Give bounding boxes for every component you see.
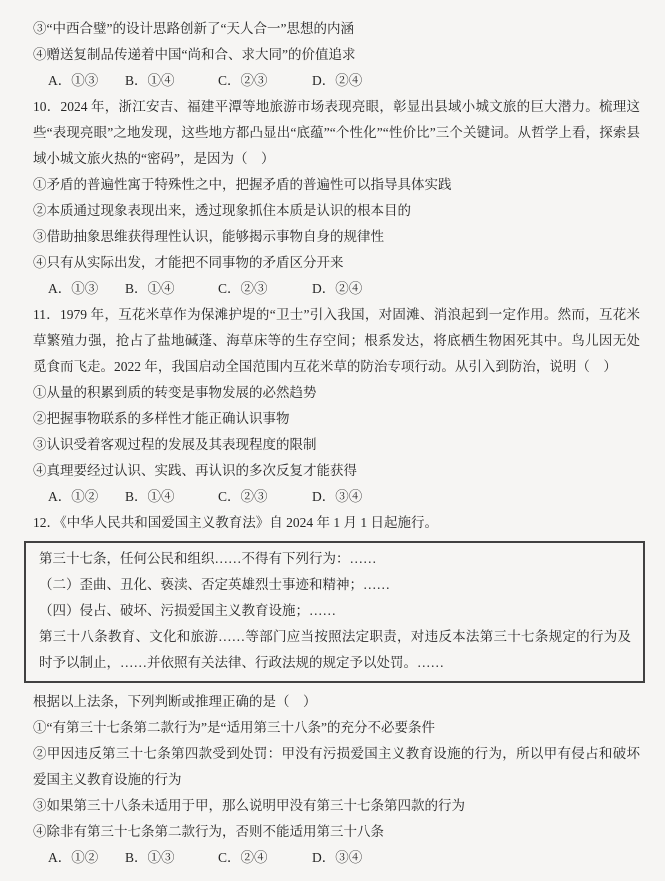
prev-question-options-row: A．①③ B．①④ C．②③ D．②④: [33, 68, 640, 94]
option-d: D．③④: [312, 845, 640, 871]
question-11-options-row: A．①② B．①④ C．②③ D．③④: [33, 484, 640, 510]
option-b: B．①④: [125, 484, 218, 510]
question-10-stem: 10．2024 年，浙江安吉、福建平潭等地旅游市场表现亮眼，彰显出县域小城文旅的…: [33, 94, 640, 172]
law-line-4: 第三十八条教育、文化和旅游……等部门应当按照法定职责，对违反本法第三十七条规定的…: [39, 624, 631, 676]
question-11-statement-1: ①从量的积累到质的转变是事物发展的必然趋势: [33, 380, 640, 406]
question-10-options-row: A．①③ B．①④ C．②③ D．②④: [33, 276, 640, 302]
option-b: B．①④: [125, 68, 218, 94]
option-c: C．②④: [218, 845, 312, 871]
question-11-statement-2: ②把握事物联系的多样性才能正确认识事物: [33, 406, 640, 432]
exam-page: ③“中西合璧”的设计思路创新了“天人合一”思想的内涵 ④赠送复制品传递着中国“尚…: [0, 0, 665, 881]
option-c: C．②③: [218, 484, 312, 510]
prev-question-statement-3: ③“中西合璧”的设计思路创新了“天人合一”思想的内涵: [33, 16, 640, 42]
question-12-options-row: A．①② B．①③ C．②④ D．③④: [33, 845, 640, 871]
option-d: D．②④: [312, 68, 640, 94]
question-11-statement-3: ③认识受着客观过程的发展及其表现程度的限制: [33, 432, 640, 458]
option-a: A．①③: [48, 276, 125, 302]
option-c: C．②③: [218, 276, 312, 302]
option-a: A．①②: [48, 845, 125, 871]
question-12-statement-4: ④除非有第三十七条第二款行为，否则不能适用第三十八条: [33, 819, 640, 845]
option-a: A．①②: [48, 484, 125, 510]
question-12-statement-2: ②甲因违反第三十七条第四款受到处罚：甲没有污损爱国主义教育设施的行为，所以甲有侵…: [33, 741, 640, 793]
question-12-intro: 12．《中华人民共和国爱国主义教育法》自 2024 年 1 月 1 日起施行。: [33, 510, 640, 536]
law-line-1: 第三十七条，任何公民和组织……不得有下列行为：……: [39, 546, 631, 572]
prev-question-statement-4: ④赠送复制品传递着中国“尚和合、求大同”的价值追求: [33, 42, 640, 68]
question-10-statement-2: ②本质通过现象表现出来，透过现象抓住本质是认识的根本目的: [33, 198, 640, 224]
law-line-3: （四）侵占、破坏、污损爱国主义教育设施；……: [39, 598, 631, 624]
option-b: B．①④: [125, 276, 218, 302]
option-c: C．②③: [218, 68, 312, 94]
question-10-statement-1: ①矛盾的普遍性寓于特殊性之中，把握矛盾的普遍性可以指导具体实践: [33, 172, 640, 198]
option-b: B．①③: [125, 845, 218, 871]
question-10-statement-4: ④只有从实际出发，才能把不同事物的矛盾区分开来: [33, 250, 640, 276]
option-d: D．②④: [312, 276, 640, 302]
option-d: D．③④: [312, 484, 640, 510]
question-12-prompt: 根据以上法条，下列判断或推理正确的是（ ）: [33, 689, 640, 715]
law-line-2: （二）歪曲、丑化、亵渎、否定英雄烈士事迹和精神；……: [39, 572, 631, 598]
option-a: A．①③: [48, 68, 125, 94]
question-12-statement-1: ①“有第三十七条第二款行为”是“适用第三十八条”的充分不必要条件: [33, 715, 640, 741]
question-10-statement-3: ③借助抽象思维获得理性认识，能够揭示事物自身的规律性: [33, 224, 640, 250]
law-excerpt-box: 第三十七条，任何公民和组织……不得有下列行为：…… （二）歪曲、丑化、亵渎、否定…: [24, 541, 645, 683]
question-12-statement-3: ③如果第三十八条未适用于甲，那么说明甲没有第三十七条第四款的行为: [33, 793, 640, 819]
question-11-stem: 11．1979 年，互花米草作为保滩护堤的“卫士”引入我国，对固滩、消浪起到一定…: [33, 302, 640, 380]
question-11-statement-4: ④真理要经过认识、实践、再认识的多次反复才能获得: [33, 458, 640, 484]
